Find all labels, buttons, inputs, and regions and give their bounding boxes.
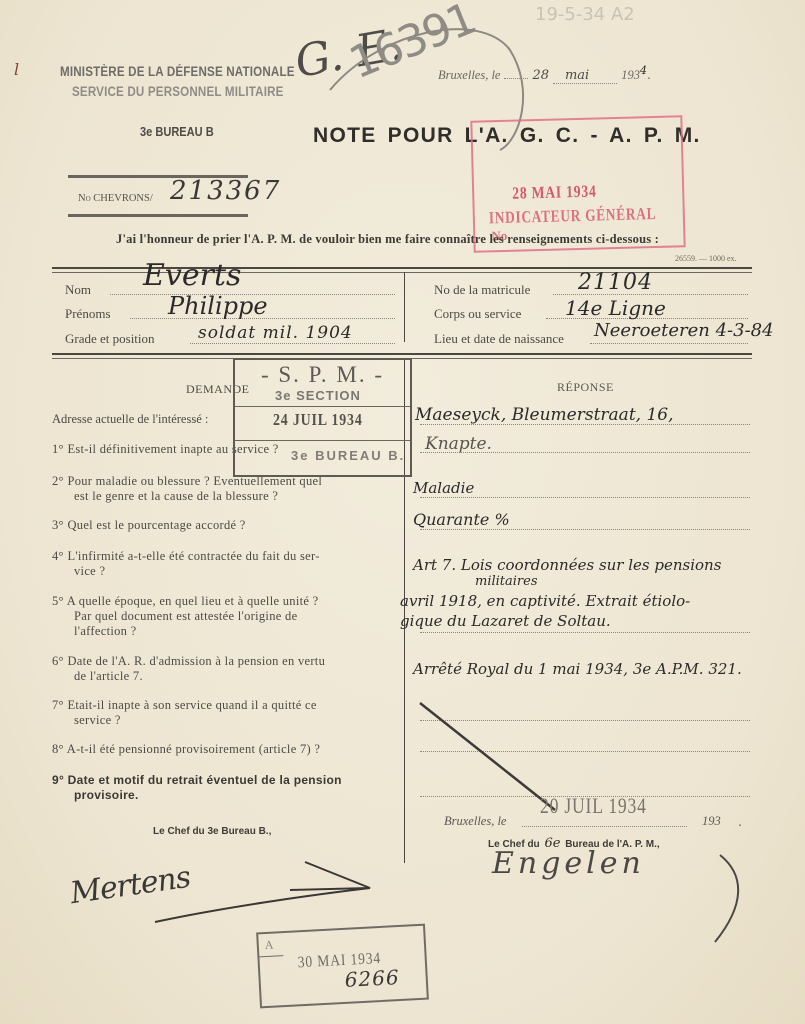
nom-label: Nom <box>65 282 91 298</box>
response-year-prefix: 193 <box>702 814 721 829</box>
answer-line-4 <box>420 529 750 530</box>
service-name: SERVICE DU PERSONNEL MILITAIRE <box>72 84 284 99</box>
answer-6: Arrêté Royal du 1 mai 1934, 3e A.P.M. 32… <box>413 660 742 678</box>
corps-label: Corps ou service <box>434 306 521 322</box>
margin-mark: l <box>14 60 19 79</box>
spm-stamp: - S. P. M. - 3e SECTION 24 JUIL 1934 3e … <box>233 358 412 477</box>
date-city-label: Bruxelles, le <box>438 68 500 82</box>
address-label: Adresse actuelle de l'intéressé : <box>52 412 208 427</box>
answer-address-2: Knapte. <box>425 434 492 454</box>
spm-stamp-date: 24 JUIL 1934 <box>273 410 363 430</box>
demande-signatory: Le Chef du 3e Bureau B., <box>153 826 271 837</box>
bureau-name: 3e BUREAU B <box>140 124 214 139</box>
signature-tail <box>700 850 760 950</box>
answer-5-line-2: gique du Lazaret de Soltau. <box>400 612 611 630</box>
question-7: 7° Etait-il inapte à son service quand i… <box>52 698 317 728</box>
chevrons-label: No CHEVRONS/ <box>78 193 153 204</box>
bottom-stamp-letter: A <box>264 938 273 953</box>
signature-flourish <box>60 850 380 930</box>
nom-value: Everts <box>143 258 241 293</box>
indicateur-stamp-date: 28 MAI 1934 <box>512 182 597 204</box>
question-8: 8° A-t-il été pensionné provisoirement (… <box>52 742 320 757</box>
bottom-stamp: A 30 MAI 1934 6266 <box>256 924 429 1009</box>
corps-value: 14e Ligne <box>565 296 666 320</box>
ministry-name: MINISTÈRE DE LA DÉFENSE NATIONALE <box>60 64 295 79</box>
matricule-label: No de la matricule <box>434 282 530 298</box>
prenoms-label: Prénoms <box>65 306 111 322</box>
naissance-label: Lieu et date de naissance <box>434 331 564 347</box>
date-day: 28 <box>532 68 549 83</box>
answer-5-line-1: avril 1918, en captivité. Extrait étiolo… <box>400 592 690 610</box>
answer-2: Maladie <box>413 479 474 497</box>
spm-stamp-title: - S. P. M. - <box>235 362 410 388</box>
indicateur-stamp-label: INDICATEUR GÉNÉRAL <box>489 204 657 228</box>
reponse-signature: Engelen <box>492 846 645 881</box>
pencil-note-top-right: 19-5-34 A2 <box>535 4 635 25</box>
reponse-heading: RÉPONSE <box>557 380 614 395</box>
naissance-value: Neeroeteren 4-3-84 <box>594 320 774 341</box>
chevrons-value: 213367 <box>170 176 281 206</box>
question-6: 6° Date de l'A. R. d'admission à la pens… <box>52 654 325 684</box>
question-5: 5° A quelle époque, en quel lieu et à qu… <box>52 594 319 639</box>
grade-value: soldat mil. 1904 <box>198 323 353 343</box>
answer-line-5 <box>420 632 750 633</box>
grade-line <box>190 343 395 344</box>
prenoms-value: Philippe <box>168 292 268 320</box>
question-3: 3° Quel est le pourcentage accordé ? <box>52 518 246 533</box>
intro-text: J'ai l'honneur de prier l'A. P. M. de vo… <box>116 232 659 247</box>
answer-4-line-2: militaires <box>475 574 538 589</box>
response-city-label: Bruxelles, le <box>444 814 506 829</box>
question-4: 4° L'infirmité a-t-elle été contractée d… <box>52 549 320 579</box>
spm-stamp-section: 3e SECTION <box>275 388 361 403</box>
date-month: mai <box>553 68 617 84</box>
print-reference: 26559. — 1000 ex. <box>675 254 737 263</box>
date-year-prefix: 193 <box>621 68 640 82</box>
identity-divider <box>404 272 405 342</box>
response-date-stamp: 20 JUIL 1934 <box>540 793 647 819</box>
chevrons-bottom-rule <box>68 214 248 217</box>
naissance-line <box>590 343 748 344</box>
matricule-value: 21104 <box>578 270 653 295</box>
header-date: Bruxelles, le 28 mai 1934. <box>438 64 651 83</box>
answer-address-1: Maeseyck, Bleumerstraat, 16, <box>415 405 674 425</box>
response-date-period: . <box>738 814 742 829</box>
response-date-line <box>522 826 687 827</box>
spm-stamp-bureau: 3e BUREAU B. <box>291 448 405 463</box>
date-year-suffix: 4 <box>640 64 647 77</box>
question-2: 2° Pour maladie ou blessure ? Eventuelle… <box>52 474 322 504</box>
answer-3: Quarante % <box>413 510 510 529</box>
answer-4-line-1: Art 7. Lois coordonnées sur les pensions <box>413 556 721 574</box>
answer-line-3 <box>420 497 750 498</box>
bottom-stamp-number: 6266 <box>344 965 400 992</box>
grade-label: Grade et position <box>65 331 155 347</box>
question-9: 9° Date et motif du retrait éventuel de … <box>52 773 342 803</box>
